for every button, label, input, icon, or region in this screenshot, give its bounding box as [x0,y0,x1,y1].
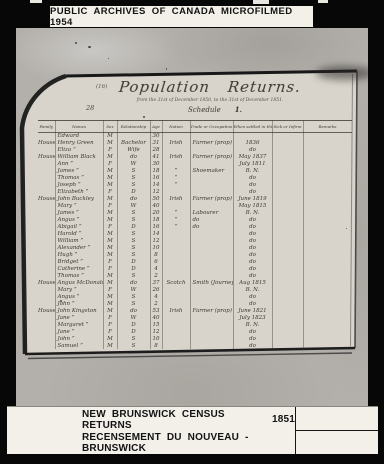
table-cell [303,140,352,147]
table-cell [272,196,303,203]
table-cell: M [103,140,117,147]
table-cell: Thomas ” [55,175,103,182]
table-cell [272,203,303,210]
table-row: Samuel ”MS8do [38,343,352,349]
table-cell [38,231,55,238]
table-cell: House [38,140,55,147]
table-cell [162,266,190,273]
table-cell: 16 [150,224,162,231]
table-cell [272,154,303,161]
census-table-wrap: FamilyNamesSexRelationshipAgeNationTrade… [38,120,352,349]
table-row: Thomas ”MS16”do [38,175,352,182]
table-cell: Angus ” [55,294,103,301]
table-cell [272,329,303,336]
table-cell: House [38,280,55,287]
table-cell: Eliza ” [55,147,103,154]
table-cell [303,245,352,252]
column-header: Age [150,121,162,133]
table-row: Thomas ”MS2do [38,273,352,280]
table-cell [162,322,190,329]
table-cell [190,182,233,189]
table-cell: Irish [162,140,190,147]
table-cell [303,322,352,329]
table-cell: ” [162,175,190,182]
table-cell: M [103,182,117,189]
table-cell [190,175,233,182]
table-cell [272,140,303,147]
table-cell: S [117,343,150,349]
schedule-number: 1. [235,105,242,114]
table-cell: D [117,322,150,329]
table-cell: do [233,301,272,308]
table-cell: do [233,189,272,196]
table-cell: M [103,252,117,259]
table-cell [162,259,190,266]
table-cell [38,266,55,273]
table-cell [303,210,352,217]
table-cell [38,315,55,322]
table-cell: 4 [150,294,162,301]
table-row: William ”MS12do [38,238,352,245]
table-cell: Wife [117,147,150,154]
column-header: Names [55,121,103,133]
table-cell: do [233,182,272,189]
table-cell: 8 [150,252,162,259]
table-cell: June 1821 [233,308,272,315]
table-cell [272,210,303,217]
table-cell [190,329,233,336]
table-cell: Ann ” [55,161,103,168]
bottom-banner: NEW BRUNSWICK CENSUS RETURNS 1851 RECENS… [7,406,378,454]
top-banner: PUBLIC ARCHIVES OF CANADA MICROFILMED 19… [50,6,313,27]
table-cell [38,245,55,252]
table-cell [38,322,55,329]
table-cell: F [103,287,117,294]
table-cell [303,329,352,336]
table-cell [190,259,233,266]
table-cell: S [117,238,150,245]
column-header: Trade or Occupation [190,121,233,133]
dust-speck [166,68,167,70]
table-cell [303,224,352,231]
table-cell [272,133,303,141]
table-cell [303,189,352,196]
table-row: Joseph ”MS14”do [38,182,352,189]
table-cell: D [117,329,150,336]
table-row: HouseJohn KingstonMdo53IrishFarmer (prop… [38,308,352,315]
table-cell: M [103,245,117,252]
page-title: Population Returns. [109,78,311,96]
table-cell: 1836 [233,140,272,147]
table-cell: M [103,308,117,315]
table-cell [303,161,352,168]
table-cell: F [103,189,117,196]
table-cell [38,161,55,168]
table-cell: do [233,329,272,336]
table-cell [272,308,303,315]
film-edge-mark [318,0,328,3]
table-cell: Samuel ” [55,343,103,349]
table-cell: Joseph ” [55,182,103,189]
page-margin-note: (16) [96,84,107,90]
table-cell: 31 [150,140,162,147]
table-cell: Farmer (prop) [190,308,233,315]
caption-year: 1851 [272,414,295,425]
table-cell: 10 [150,336,162,343]
table-cell: Thomas ” [55,273,103,280]
table-cell: F [103,259,117,266]
table-cell: 6 [150,259,162,266]
table-cell [38,301,55,308]
table-cell: John ” [55,336,103,343]
table-cell [303,280,352,287]
table-cell: do [117,280,150,287]
table-row: Alexander ”MS10do [38,245,352,252]
table-cell [303,343,352,349]
table-cell: 2 [150,273,162,280]
table-cell [190,189,233,196]
table-cell [190,343,233,349]
table-cell: S [117,217,150,224]
table-cell: B. N. [233,168,272,175]
table-cell: ” [162,224,190,231]
table-cell [303,203,352,210]
table-cell [38,343,55,349]
table-cell: W [117,315,150,322]
table-cell: M [103,196,117,203]
table-cell: S [117,294,150,301]
table-cell: Angus ” [55,217,103,224]
table-cell [303,238,352,245]
table-cell: Labourer [190,210,233,217]
table-row: John ”MS10do [38,336,352,343]
table-cell: do [117,196,150,203]
table-cell [303,147,352,154]
table-cell: F [103,322,117,329]
table-cell [303,154,352,161]
table-cell [272,217,303,224]
table-cell: S [117,210,150,217]
table-cell [162,245,190,252]
table-cell [190,266,233,273]
table-row: John ”MS2do [38,301,352,308]
caption-line-french: RECENSEMENT DU NOUVEAU - BRUNSWICK [7,431,295,454]
page-number: 28 [86,104,94,112]
table-cell: 40 [150,203,162,210]
table-cell: 10 [150,245,162,252]
table-cell [190,294,233,301]
table-cell: W [117,287,150,294]
table-cell: M [103,273,117,280]
table-cell [272,343,303,349]
table-cell: M [103,280,117,287]
table-row: Catherine ”FD4do [38,266,352,273]
table-cell: do [233,273,272,280]
table-cell [38,203,55,210]
table-cell: S [117,168,150,175]
table-cell: M [103,231,117,238]
table-cell: Harold ” [55,231,103,238]
table-cell: House [38,308,55,315]
table-row: Mary ”FW26B. N. [38,287,352,294]
table-cell [303,336,352,343]
table-cell: ” [162,168,190,175]
table-cell: Irish [162,196,190,203]
table-cell [303,168,352,175]
table-cell: do [233,343,272,349]
table-cell [303,301,352,308]
table-cell: 14 [150,182,162,189]
table-cell [162,189,190,196]
table-row: HouseAngus McDonaldMdo37ScotchSmith (Jou… [38,280,352,287]
table-cell [272,231,303,238]
table-cell [272,238,303,245]
table-cell: House [38,196,55,203]
table-cell [303,273,352,280]
table-row: HouseWilliam BlackMdo41IrishFarmer (prop… [38,154,352,161]
table-cell: do [233,259,272,266]
table-row: Angus ”MS18”dodo [38,217,352,224]
table-row: Eliza ”FWife28do [38,147,352,154]
table-row: HouseJohn BuckleyMdo50IrishFarmer (prop)… [38,196,352,203]
schedule-line: Schedule1. [150,105,280,114]
table-cell: July 1811 [233,161,272,168]
table-cell [190,161,233,168]
table-cell: 16 [150,175,162,182]
table-cell: Aug 1815 [233,280,272,287]
table-cell: do [233,266,272,273]
table-cell [117,133,150,141]
table-cell [190,301,233,308]
table-cell: D [117,259,150,266]
table-cell [162,161,190,168]
table-cell [190,231,233,238]
table-cell [38,168,55,175]
table-row: Margaret ”FD15B. N. [38,322,352,329]
table-cell [190,252,233,259]
caption-english-text: NEW BRUNSWICK CENSUS RETURNS [82,409,244,431]
table-cell: S [117,182,150,189]
table-cell: John Kingston [55,308,103,315]
table-cell [272,301,303,308]
table-cell: do [233,245,272,252]
table-cell [272,182,303,189]
table-cell: F [103,266,117,273]
dust-speck [88,46,91,48]
table-cell: do [190,217,233,224]
table-cell [233,133,272,141]
table-cell [272,175,303,182]
table-cell: D [117,189,150,196]
table-cell: James ” [55,168,103,175]
table-cell: S [117,273,150,280]
table-cell: Abigail ” [55,224,103,231]
table-cell: 30 [150,161,162,168]
table-cell [303,315,352,322]
table-cell: F [103,147,117,154]
table-cell [162,287,190,294]
table-cell: Scotch [162,280,190,287]
table-cell [272,259,303,266]
table-header-row: FamilyNamesSexRelationshipAgeNationTrade… [38,121,352,133]
column-header: Remarks [303,121,352,133]
scan-smudge [316,66,368,80]
table-cell: S [117,175,150,182]
table-cell [162,273,190,280]
table-cell: 20 [150,210,162,217]
table-cell: Farmer (prop) [190,140,233,147]
table-cell [162,294,190,301]
table-cell [38,189,55,196]
table-cell: Mary ” [55,287,103,294]
table-cell: S [117,336,150,343]
table-cell [303,294,352,301]
table-cell: W [117,161,150,168]
table-cell [272,280,303,287]
table-cell: F [103,315,117,322]
table-cell [272,273,303,280]
table-cell [303,266,352,273]
column-header: Sick or Infirm [272,121,303,133]
table-cell [303,259,352,266]
table-cell [272,189,303,196]
table-cell [38,217,55,224]
table-cell: Henry Green [55,140,103,147]
table-cell: Catherine ” [55,266,103,273]
table-cell [272,245,303,252]
schedule-label: Schedule [188,106,221,114]
table-cell [303,287,352,294]
table-cell: Farmer (prop) [190,196,233,203]
column-header: When settled in this Colony [233,121,272,133]
table-cell [162,252,190,259]
table-cell: S [117,252,150,259]
table-cell: do [233,294,272,301]
table-cell [190,322,233,329]
table-cell: Edward [55,133,103,141]
column-header: Family [38,121,55,133]
table-cell [272,252,303,259]
column-header: Nation [162,121,190,133]
table-cell: D [117,224,150,231]
table-cell: 41 [150,154,162,161]
table-cell [303,252,352,259]
table-cell [38,287,55,294]
table-cell [303,231,352,238]
table-row: Angus ”MS4do [38,294,352,301]
table-cell [162,133,190,141]
table-cell: do [117,154,150,161]
table-cell: M [103,217,117,224]
table-cell [162,301,190,308]
table-row: HouseHenry GreenMBachelor31IrishFarmer (… [38,140,352,147]
table-row: Abigail ”FD16”dodo [38,224,352,231]
table-cell: M [103,133,117,141]
table-cell [38,252,55,259]
table-cell: M [103,301,117,308]
table-cell: 2 [150,301,162,308]
table-cell: B. N. [233,287,272,294]
table-cell [190,273,233,280]
table-cell: May 1837 [233,154,272,161]
table-row: Bridget ”FD6do [38,259,352,266]
table-cell: 18 [150,168,162,175]
table-cell [272,315,303,322]
table-cell: M [103,294,117,301]
table-cell: July 1823 [233,315,272,322]
table-cell [38,329,55,336]
table-cell: M [103,343,117,349]
table-cell [190,336,233,343]
film-edge-mark [30,0,42,3]
table-cell: Elizabeth ” [55,189,103,196]
table-cell: Alexander ” [55,245,103,252]
table-row: James ”MS20”LabourerB. N. [38,210,352,217]
table-cell: 37 [150,280,162,287]
table-cell: Smith (Journeyman) [190,280,233,287]
table-cell [272,168,303,175]
column-header: Sex [103,121,117,133]
table-cell [303,133,352,141]
table-cell [38,133,55,141]
table-cell: S [117,301,150,308]
table-cell: 18 [150,217,162,224]
table-cell: 53 [150,308,162,315]
table-cell: D [117,266,150,273]
table-cell: B. N. [233,322,272,329]
table-cell [38,294,55,301]
table-cell [272,287,303,294]
table-cell: M [103,336,117,343]
table-cell: 14 [150,231,162,238]
table-cell: Farmer (prop) [190,154,233,161]
table-cell: Irish [162,154,190,161]
table-cell [38,210,55,217]
film-edge-mark [253,0,269,4]
caption-french-text: RECENSEMENT DU NOUVEAU - BRUNSWICK [82,432,295,454]
scan-area: (16) 28 Population Returns. from the 31s… [16,28,368,408]
column-header: Relationship [117,121,150,133]
top-banner-text: PUBLIC ARCHIVES OF CANADA MICROFILMED 19… [50,6,313,28]
table-cell [190,203,233,210]
table-cell: 8 [150,343,162,349]
table-cell: F [103,224,117,231]
table-cell: do [233,231,272,238]
table-cell: M [103,238,117,245]
table-cell: Jane ” [55,315,103,322]
table-row: EdwardM30 [38,133,352,141]
table-cell [38,238,55,245]
table-cell: M [103,210,117,217]
table-cell: Bachelor [117,140,150,147]
table-cell [303,308,352,315]
table-cell [162,203,190,210]
table-row: Ann ”FW30July 1811 [38,161,352,168]
table-row: Mary ”FW40May 1815 [38,203,352,210]
table-cell [162,315,190,322]
table-cell: William ” [55,238,103,245]
table-cell: House [38,154,55,161]
table-cell: do [233,238,272,245]
dust-speck [75,42,77,44]
table-cell [162,231,190,238]
table-cell [38,182,55,189]
census-table: FamilyNamesSexRelationshipAgeNationTrade… [38,120,352,349]
table-cell: John ” [55,301,103,308]
table-cell: May 1815 [233,203,272,210]
table-cell: F [103,161,117,168]
table-row: Hugh ”MS8do [38,252,352,259]
